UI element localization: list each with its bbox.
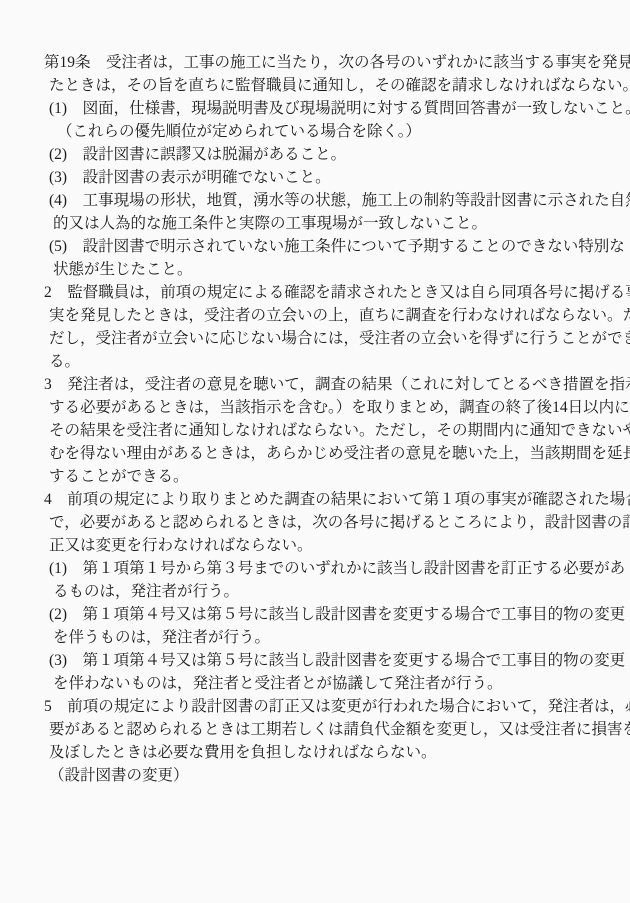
document-line: (3) 設計図書の表示が明確でないこと。 — [49, 166, 592, 189]
document-line: 的又は人為的な施工条件と実際の工事現場が一致しないこと。 — [53, 212, 592, 235]
article-text: 第19条 受注者は，工事の施工に当たり，次の各号のいずれかに該当する事実を発見し… — [44, 51, 592, 787]
document-line: (2) 第１項第４号又は第５号に該当し設計図書を変更する場合で工事目的物の変更 — [49, 603, 592, 626]
document-line: （これらの優先順位が定められている場合を除く。） — [57, 120, 592, 143]
document-line: (2) 設計図書に誤謬又は脱漏があること。 — [49, 143, 592, 166]
document-line: することができる。 — [49, 465, 592, 488]
document-line: (5) 設計図書で明示されていない施工条件について予期することのできない特別な — [49, 235, 592, 258]
document-line: する必要があるときは，当該指示を含む。）を取りまとめ，調査の終了後14日以内に， — [49, 396, 592, 419]
document-line: 2 監督職員は，前項の規定による確認を請求されたとき又は自ら同項各号に掲げる事 — [44, 281, 592, 304]
document-line: で，必要があると認められるときは，次の各号に掲げるところにより，設計図書の訂 — [49, 511, 592, 534]
document-line: その結果を受注者に通知しなければならない。ただし，その期間内に通知できないや — [49, 419, 592, 442]
document-line: (1) 図面，仕様書，現場説明書及び現場説明に対する質問回答書が一致しないこと。 — [49, 97, 592, 120]
document-line: 状態が生じたこと。 — [53, 258, 592, 281]
document-line: むを得ない理由があるときは，あらかじめ受注者の意見を聴いた上，当該期間を延長 — [49, 442, 592, 465]
document-line: を伴うものは，発注者が行う。 — [53, 626, 592, 649]
document-line: を伴わないものは，発注者と受注者とが協議して発注者が行う。 — [53, 672, 592, 695]
document-line: (3) 第１項第４号又は第５号に該当し設計図書を変更する場合で工事目的物の変更 — [49, 649, 592, 672]
document-line: (4) 工事現場の形状，地質，湧水等の状態，施工上の制約等設計図書に示された自然 — [49, 189, 592, 212]
document-line: るものは，発注者が行う。 — [53, 580, 592, 603]
document-line: 5 前項の規定により設計図書の訂正又は変更が行われた場合において，発注者は，必 — [44, 695, 592, 718]
document-line: 実を発見したときは，受注者の立会いの上，直ちに調査を行わなければならない。た — [49, 304, 592, 327]
document-line: たときは，その旨を直ちに監督職員に通知し，その確認を請求しなければならない。 — [49, 74, 592, 97]
document-line: 正又は変更を行わなければならない。 — [49, 534, 592, 557]
document-line: 及ぼしたときは必要な費用を負担しなければならない。 — [49, 741, 592, 764]
document-line: （設計図書の変更） — [49, 764, 592, 787]
document-line: (1) 第１項第１号から第３号までのいずれかに該当し設計図書を訂正する必要があ — [49, 557, 592, 580]
document-line: 要があると認められるときは工期若しくは請負代金額を変更し，又は受注者に損害を — [49, 718, 592, 741]
document-line: 4 前項の規定により取りまとめた調査の結果において第１項の事実が確認された場合 — [44, 488, 592, 511]
document-page: 第19条 受注者は，工事の施工に当たり，次の各号のいずれかに該当する事実を発見し… — [0, 0, 630, 903]
document-line: だし，受注者が立会いに応じない場合には，受注者の立会いを得ずに行うことができ — [49, 327, 592, 350]
document-line: る。 — [49, 350, 592, 373]
document-line: 第19条 受注者は，工事の施工に当たり，次の各号のいずれかに該当する事実を発見し — [44, 51, 592, 74]
document-line: 3 発注者は，受注者の意見を聴いて，調査の結果（これに対してとるべき措置を指示 — [44, 373, 592, 396]
